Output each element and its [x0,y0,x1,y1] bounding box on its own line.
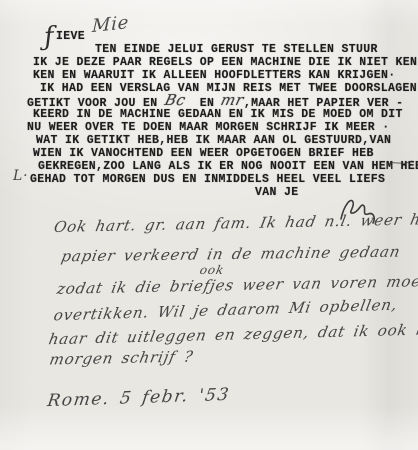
typed-line: WIEN IK VANOCHTEND EEN WEER OPGETOGEN BR… [33,147,374,160]
handwritten-inserted-word: ook [199,263,226,277]
typed-line: TEN EINDE JELUI GERUST TE STELLEN STUUR [95,43,378,56]
handwritten-line: papier verkeerd in de machine gedaan [60,243,402,266]
handwritten-line: zodat ik die briefjes weer van voren moe… [55,272,418,298]
handwritten-line: morgen schrijf ? [48,348,195,369]
typed-line: KEERD IN DE MACHINE GEDAAN EN IK MIS DE … [33,108,403,121]
typed-line: NU WEER OVER TE DOEN MAAR MORGEN SCHRIJF… [27,121,390,134]
typed-line: GEKREGEN,ZOO LANG ALS IK ER NOG NOOIT EE… [38,160,418,173]
salutation-typed: IEVE [56,30,85,43]
typed-line: IK JE DEZE PAAR REGELS OP EEN MACHINE DI… [33,56,417,69]
handwritten-line: overtikken. Wil je daarom Mi opbellen, [52,296,399,325]
handwritten-line: Ook hart. gr. aan fam. Ik had n.l. weer … [52,210,418,236]
typed-closing: VAN JE [255,186,299,199]
handwritten-margin-mark: L· [13,168,28,184]
typed-line: GEHAD TOT MORGEN DUS EN INMIDDELS HEEL V… [30,173,385,186]
dateline: Rome. 5 febr. '53 [46,385,231,411]
handwritten-initials: mr [220,94,246,107]
handwritten-line: haar dit uitleggen en zeggen, dat ik ook… [47,320,418,349]
letter-photo: ƒ IEVE Mie TEN EINDE JELUI GERUST TE STE… [0,0,418,450]
strike-scribble [386,157,414,169]
typed-line: WAT IK GETIKT HEB,HEB IK MAAR AAN OL GES… [36,134,391,147]
handwritten-capital-flourish: ƒ [43,22,55,53]
handwritten-addressee-name: Mie [92,12,130,37]
handwritten-initials: Bc [163,94,187,107]
typed-line: KEN EN WAARUIT IK ALLEEN HOOFDLETTERS KA… [33,69,396,82]
